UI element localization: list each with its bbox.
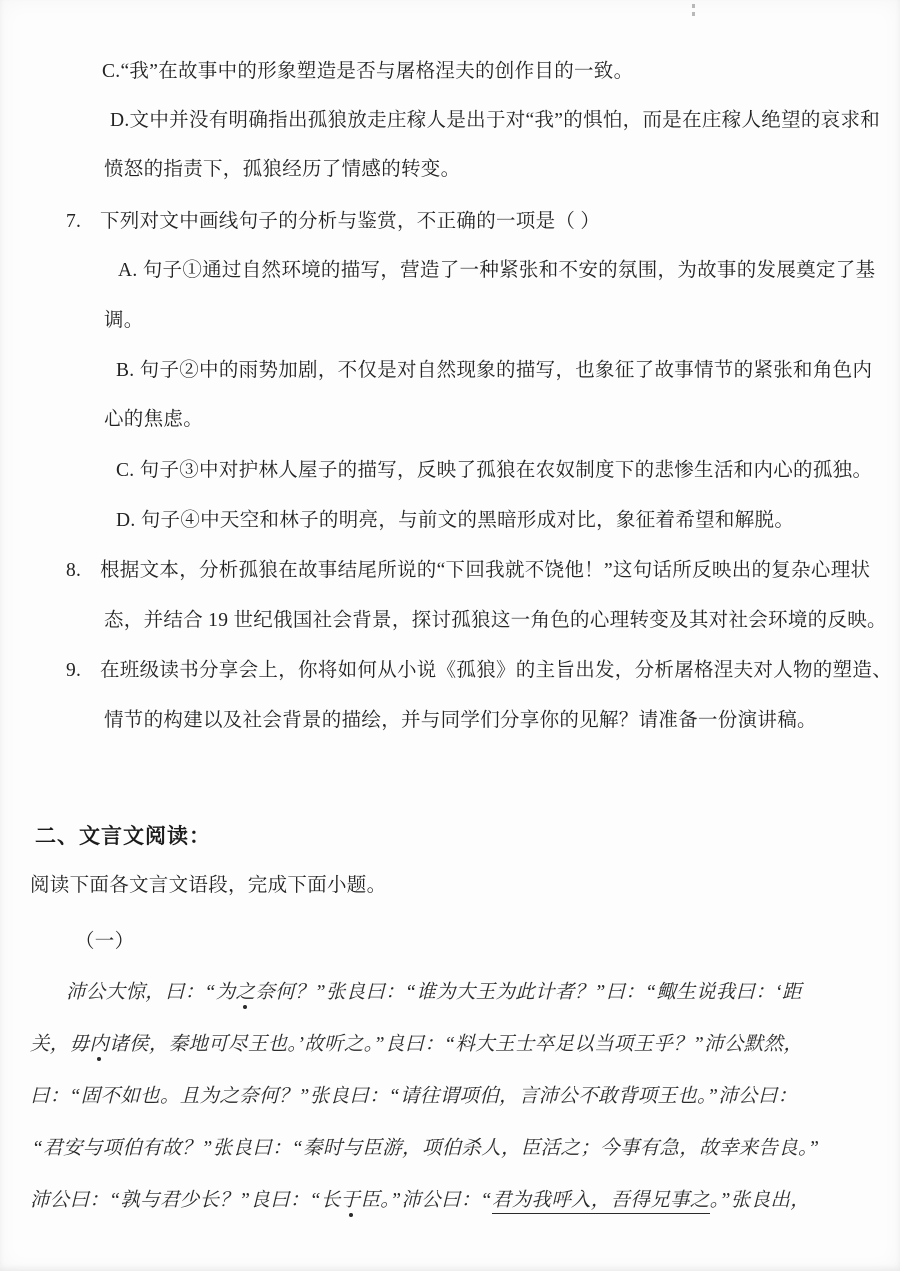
text-segment: D.文中并没有明确指出孤狼放走庄稼人是出于对“我”的惧怕，而是在庄稼人绝望的哀求… bbox=[110, 110, 880, 131]
text-segment: 二、文言文阅读： bbox=[35, 825, 211, 848]
question-9-line-1: 在班级读书分享会上，你将如何从小说《孤狼》的主旨出发，分析屠格涅夫对人物的塑造、 bbox=[100, 658, 892, 684]
text-segment: 心的焦虑。 bbox=[104, 409, 203, 430]
text-segment: 情节的构建以及社会背景的描绘，并与同学们分享你的见解？请准备一份演讲稿。 bbox=[104, 710, 817, 731]
prev-question-option-d-line-1: D.文中并没有明确指出孤狼放走庄稼人是出于对“我”的惧怕，而是在庄稼人绝望的哀求… bbox=[110, 108, 880, 134]
text-segment: “君安与项伯有故？”张良曰：“秦时与臣游，项伯杀人，臣活之；今事有急，故幸来告良… bbox=[32, 1138, 819, 1159]
text-segment: 关，毋 bbox=[30, 1034, 89, 1055]
question-7-option-b-line-2: 心的焦虑。 bbox=[104, 407, 203, 433]
text-segment: D. 句子④中天空和林子的明亮，与前文的黑暗形成对比，象征着希望和解脱。 bbox=[116, 510, 794, 531]
classical-passage-line-1: 沛公大惊，曰：“为之奈何？”张良曰：“谁为大王为此计者？”曰：“鲰生说我曰：‘距 bbox=[66, 980, 802, 1006]
scanned-exam-page: C.“我”在故事中的形象塑造是否与屠格涅夫的创作目的一致。D.文中并没有明确指出… bbox=[0, 0, 900, 1271]
emphasis-dotted-char: 内 bbox=[89, 1034, 109, 1055]
question-8-line-2: 态，并结合 19 世纪俄国社会背景，探讨孤狼这一角色的心理转变及其对社会环境的反… bbox=[104, 608, 887, 634]
underlined-clause: 君为我呼入，吾得兄事之 bbox=[492, 1190, 710, 1214]
text-segment: （一） bbox=[75, 931, 134, 952]
scan-noise-mark bbox=[692, 4, 695, 8]
text-segment: 在班级读书分享会上，你将如何从小说《孤狼》的主旨出发，分析屠格涅夫对人物的塑造、 bbox=[100, 660, 892, 681]
question-7-option-c: C. 句子③中对护林人屋子的描写，反映了孤狼在农奴制度下的悲惨生活和内心的孤独。 bbox=[116, 458, 872, 484]
question-9-line-2: 情节的构建以及社会背景的描绘，并与同学们分享你的见解？请准备一份演讲稿。 bbox=[104, 708, 817, 734]
emphasis-dotted-char: 于 bbox=[341, 1190, 361, 1211]
text-segment: 下列对文中画线句子的分析与鉴赏，不正确的一项是（ ） bbox=[100, 211, 600, 232]
text-segment: C. 句子③中对护林人屋子的描写，反映了孤狼在农奴制度下的悲惨生活和内心的孤独。 bbox=[116, 460, 872, 481]
question-7-option-b-line-1: B. 句子②中的雨势加剧，不仅是对自然现象的描写，也象征了故事情节的紧张和角色内 bbox=[116, 358, 872, 384]
text-segment: 根据文本，分析孤狼在故事结尾所说的“下回我就不饶他！”这句话所反映出的复杂心理状 bbox=[100, 560, 870, 581]
emphasis-dotted-char: 之 bbox=[236, 982, 256, 1003]
question-9-number: 9. bbox=[66, 658, 81, 684]
text-segment: 诸侯，秦地可尽王也。’故听之。”良曰：“料大王士卒足以当项王乎？”沛公默然， bbox=[109, 1034, 803, 1055]
text-segment: 愤怒的指责下，孤狼经历了情感的转变。 bbox=[104, 159, 460, 180]
text-segment: 调。 bbox=[104, 310, 144, 331]
question-7-option-a-line-1: A. 句子①通过自然环境的描写，营造了一种紧张和不安的氛围，为故事的发展奠定了基 bbox=[118, 258, 875, 284]
text-segment: B. 句子②中的雨势加剧，不仅是对自然现象的描写，也象征了故事情节的紧张和角色内 bbox=[116, 360, 872, 381]
question-8-line-1: 根据文本，分析孤狼在故事结尾所说的“下回我就不饶他！”这句话所反映出的复杂心理状 bbox=[100, 558, 870, 584]
classical-passage-line-5: 沛公曰：“孰与君少长？”良曰：“长于臣。”沛公曰：“君为我呼入，吾得兄事之。”张… bbox=[30, 1188, 810, 1214]
text-segment: A. 句子①通过自然环境的描写，营造了一种紧张和不安的氛围，为故事的发展奠定了基 bbox=[118, 260, 875, 281]
text-segment: 态，并结合 19 世纪俄国社会背景，探讨孤狼这一角色的心理转变及其对社会环境的反… bbox=[104, 610, 887, 631]
text-segment: 9. bbox=[66, 660, 81, 681]
question-7-option-d: D. 句子④中天空和林子的明亮，与前文的黑暗形成对比，象征着希望和解脱。 bbox=[116, 508, 794, 534]
scan-noise-mark bbox=[692, 12, 695, 16]
text-segment: 阅读下面各文言文语段，完成下面小题。 bbox=[30, 875, 386, 896]
text-segment: 沛公大惊，曰：“为 bbox=[66, 982, 236, 1003]
text-segment: 沛公曰：“孰与君少长？”良曰：“长 bbox=[30, 1190, 341, 1211]
question-7-number: 7. bbox=[66, 209, 81, 235]
question-8-number: 8. bbox=[66, 558, 81, 584]
text-segment: 奈何？”张良曰：“谁为大王为此计者？”曰：“鲰生说我曰：‘距 bbox=[255, 982, 801, 1003]
text-segment: 8. bbox=[66, 560, 81, 581]
question-7-stem: 下列对文中画线句子的分析与鉴赏，不正确的一项是（ ） bbox=[100, 209, 600, 235]
text-segment: 曰：“固不如也。且为之奈何？”张良曰：“请往谓项伯，言沛公不敢背项王也。”沛公曰… bbox=[30, 1086, 797, 1107]
section-2-heading: 二、文言文阅读： bbox=[35, 824, 211, 850]
text-segment: C.“我”在故事中的形象塑造是否与屠格涅夫的创作目的一致。 bbox=[102, 61, 633, 82]
prev-question-option-c: C.“我”在故事中的形象塑造是否与屠格涅夫的创作目的一致。 bbox=[102, 59, 633, 85]
prev-question-option-d-line-2: 愤怒的指责下，孤狼经历了情感的转变。 bbox=[104, 157, 460, 183]
text-segment: 7. bbox=[66, 211, 81, 232]
passage-1-label: （一） bbox=[75, 929, 134, 955]
text-segment: 臣。”沛公曰：“ bbox=[360, 1190, 491, 1211]
question-7-option-a-line-2: 调。 bbox=[104, 308, 144, 334]
text-segment: 。”张良出， bbox=[710, 1190, 810, 1211]
classical-passage-line-4: “君安与项伯有故？”张良曰：“秦时与臣游，项伯杀人，臣活之；今事有急，故幸来告良… bbox=[32, 1136, 819, 1162]
classical-passage-line-2: 关，毋内诸侯，秦地可尽王也。’故听之。”良曰：“料大王士卒足以当项王乎？”沛公默… bbox=[30, 1032, 803, 1058]
section-2-instruction: 阅读下面各文言文语段，完成下面小题。 bbox=[30, 873, 386, 899]
classical-passage-line-3: 曰：“固不如也。且为之奈何？”张良曰：“请往谓项伯，言沛公不敢背项王也。”沛公曰… bbox=[30, 1084, 797, 1110]
